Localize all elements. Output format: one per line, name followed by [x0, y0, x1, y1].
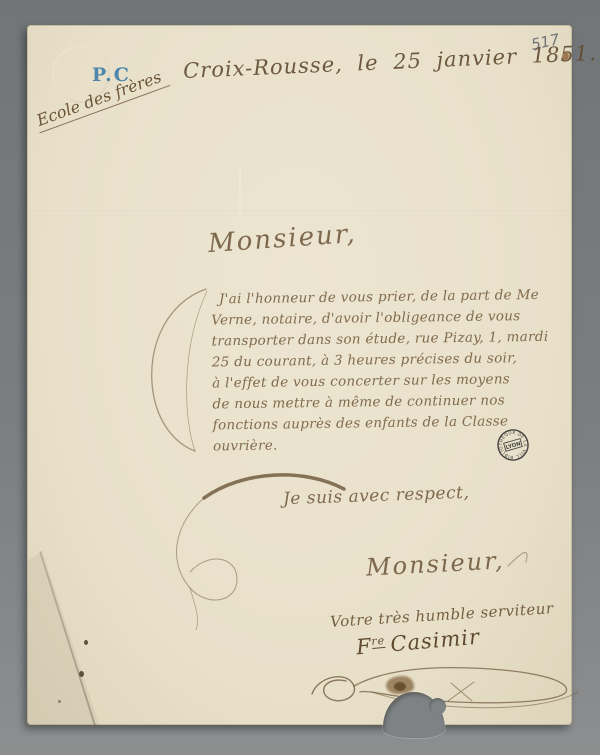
fold-crease-horizontal — [30, 209, 568, 211]
ink-stain-dark — [394, 682, 406, 691]
paper-speck — [58, 700, 61, 703]
paper-speck — [79, 671, 84, 677]
fold-crease-vertical — [239, 168, 241, 218]
manuscript-scan: 517 P.C Ecole des frères Croix-Rousse, l… — [0, 0, 600, 755]
torn-hole-notch — [429, 698, 446, 715]
signature-initial: F — [355, 634, 373, 659]
signature-superscript: re — [371, 634, 386, 649]
paper-speck — [84, 640, 88, 645]
